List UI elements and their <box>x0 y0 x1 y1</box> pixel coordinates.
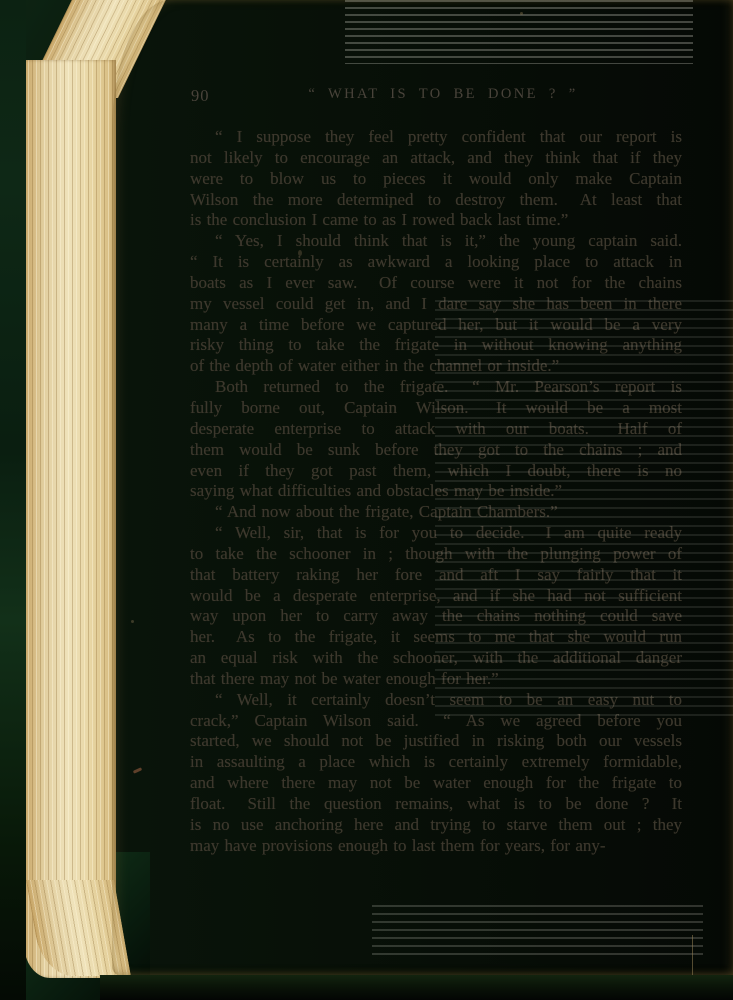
text-line: an equal risk with the schooner, with th… <box>190 648 682 669</box>
text-line: her. As to the frigate, it seems to me t… <box>190 627 682 648</box>
text-line: even if they got past them, which I doub… <box>190 461 682 482</box>
paragraph: “ Yes, I should think that is it,” the y… <box>190 231 682 377</box>
text-line: “ Well, it certainly doesn’t seem to be … <box>190 690 682 711</box>
page-header: 90 “ WHAT IS TO BE DONE ? ” <box>190 86 682 108</box>
ink-speck <box>389 205 392 208</box>
paragraph: Both returned to the frigate. “ Mr. Pear… <box>190 377 682 502</box>
paragraph: “ And now about the frigate, Captain Cha… <box>190 502 682 523</box>
paragraph: “ Well, it certainly doesn’t seem to be … <box>190 690 682 857</box>
book-cover-bottom-edge <box>100 975 733 1000</box>
text-line: “ Yes, I should think that is it,” the y… <box>190 231 682 252</box>
text-line: Both returned to the frigate. “ Mr. Pear… <box>190 377 682 398</box>
text-line: of the depth of water either in the chan… <box>190 356 682 377</box>
ink-speck <box>520 12 523 15</box>
text-line: may have provisions enough to last them … <box>190 836 682 857</box>
text-line: way upon her to carry away the chains no… <box>190 606 682 627</box>
text-line: my vessel could get in, and I dare say s… <box>190 294 682 315</box>
text-line: saying what difficulties and obstacles m… <box>190 481 682 502</box>
text-line: crack,” Captain Wilson said. “ As we agr… <box>190 711 682 732</box>
text-line: many a time before we captured her, but … <box>190 315 682 336</box>
text-line: fully borne out, Captain Wilson. It woul… <box>190 398 682 419</box>
text-line: boats as I ever saw. Of course were it n… <box>190 273 682 294</box>
scanned-book-photo: 90 “ WHAT IS TO BE DONE ? ” “ I suppose … <box>0 0 733 1000</box>
page-edge-stack <box>24 60 116 978</box>
paragraph: “ I suppose they feel pretty confident t… <box>190 127 682 231</box>
printed-content: 90 “ WHAT IS TO BE DONE ? ” “ I suppose … <box>190 0 682 857</box>
text-line: that battery raking her fore and aft I s… <box>190 565 682 586</box>
text-line: float. Still the question remains, what … <box>190 794 682 815</box>
text-line: is the conclusion I came to as I rowed b… <box>190 210 682 231</box>
text-line: “ It is certainly as awkward a looking p… <box>190 252 682 273</box>
body-text: “ I suppose they feel pretty confident t… <box>190 127 682 857</box>
text-line: is no use anchoring here and trying to s… <box>190 815 682 836</box>
text-line: desperate enterprise to attack with our … <box>190 419 682 440</box>
text-line: in assaulting a place which is certainly… <box>190 752 682 773</box>
text-line: Wilson the more determined to destroy th… <box>190 190 682 211</box>
text-line: started, we should not be justified in r… <box>190 731 682 752</box>
text-line: not likely to encourage an attack, and t… <box>190 148 682 169</box>
text-line: “ I suppose they feel pretty confident t… <box>190 127 682 148</box>
running-title: “ WHAT IS TO BE DONE ? ” <box>190 86 682 103</box>
ink-speck <box>298 250 302 256</box>
paragraph: “ Well, sir, that is for you to decide. … <box>190 523 682 690</box>
text-line: “ And now about the frigate, Captain Cha… <box>190 502 682 523</box>
text-line: that there may not be water enough for h… <box>190 669 682 690</box>
text-line: them would be sunk before they got to th… <box>190 440 682 461</box>
text-line: “ Well, sir, that is for you to decide. … <box>190 523 682 544</box>
text-line: would be a desperate enterprise, and if … <box>190 586 682 607</box>
page-number: 90 <box>191 86 210 106</box>
text-line: to take the schooner in ; though with th… <box>190 544 682 565</box>
ink-speck <box>131 620 134 623</box>
book-cover-spine-edge <box>0 0 26 1000</box>
text-line: and where there may not be water enough … <box>190 773 682 794</box>
scan-streaks <box>372 905 703 960</box>
next-page-edge-line <box>692 935 693 976</box>
book-page: 90 “ WHAT IS TO BE DONE ? ” “ I suppose … <box>112 0 733 976</box>
text-line: were to blow us to pieces it would only … <box>190 169 682 190</box>
text-line: risky thing to take the frigate in witho… <box>190 335 682 356</box>
